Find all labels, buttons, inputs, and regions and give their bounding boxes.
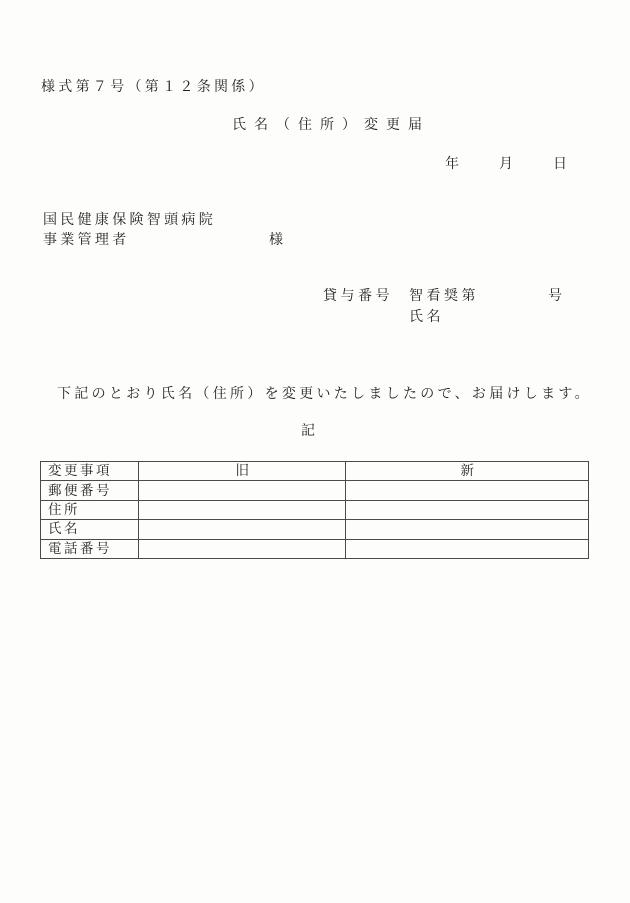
cell-address-old: [139, 500, 346, 519]
table-row-name: 氏名: [41, 520, 589, 539]
table-row-postal: 郵便番号: [41, 481, 589, 500]
cell-address-new: [346, 500, 589, 519]
loan-number-suffix: 号: [548, 289, 562, 305]
document-page: 様式第７号（第１２条関係） 氏名（住所）変更届 年 月 日 国民健康保険智頭病院…: [0, 0, 630, 903]
header-old: 旧: [139, 462, 346, 481]
cell-name-new: [346, 520, 589, 539]
addressee-hospital: 国民健康保険智頭病院: [43, 213, 216, 229]
row-label-phone: 電話番号: [41, 539, 139, 558]
date-year-label: 年: [445, 157, 459, 173]
cell-postal-old: [139, 481, 346, 500]
loan-number-prefix: 智看奨第: [409, 289, 479, 305]
table-row-phone: 電話番号: [41, 539, 589, 558]
row-label-name: 氏名: [41, 520, 139, 539]
loan-name-label: 氏名: [409, 310, 444, 326]
loan-number-label: 貸与番号: [323, 289, 393, 305]
document-title: 氏名（住所）変更届: [232, 118, 430, 134]
cell-name-old: [139, 520, 346, 539]
addressee-manager: 事業管理者: [43, 233, 130, 249]
row-label-address: 住所: [41, 500, 139, 519]
row-label-postal: 郵便番号: [41, 481, 139, 500]
cell-phone-old: [139, 539, 346, 558]
addressee-honorific: 様: [269, 233, 283, 249]
body-sentence: 下記のとおり氏名（住所）を変更いたしましたので、お届けします。: [57, 387, 592, 403]
table-row-address: 住所: [41, 500, 589, 519]
ki-marker: 記: [301, 424, 315, 440]
header-new: 新: [346, 462, 589, 481]
form-number-line: 様式第７号（第１２条関係）: [41, 80, 266, 96]
cell-phone-new: [346, 539, 589, 558]
table-header-row: 変更事項 旧 新: [41, 462, 589, 481]
header-change-item: 変更事項: [41, 462, 139, 481]
date-month-label: 月: [499, 157, 513, 173]
date-day-label: 日: [553, 157, 567, 173]
date-line: 年 月 日: [445, 157, 567, 173]
change-table: 変更事項 旧 新 郵便番号 住所 氏名 電話番号: [40, 461, 589, 559]
cell-postal-new: [346, 481, 589, 500]
